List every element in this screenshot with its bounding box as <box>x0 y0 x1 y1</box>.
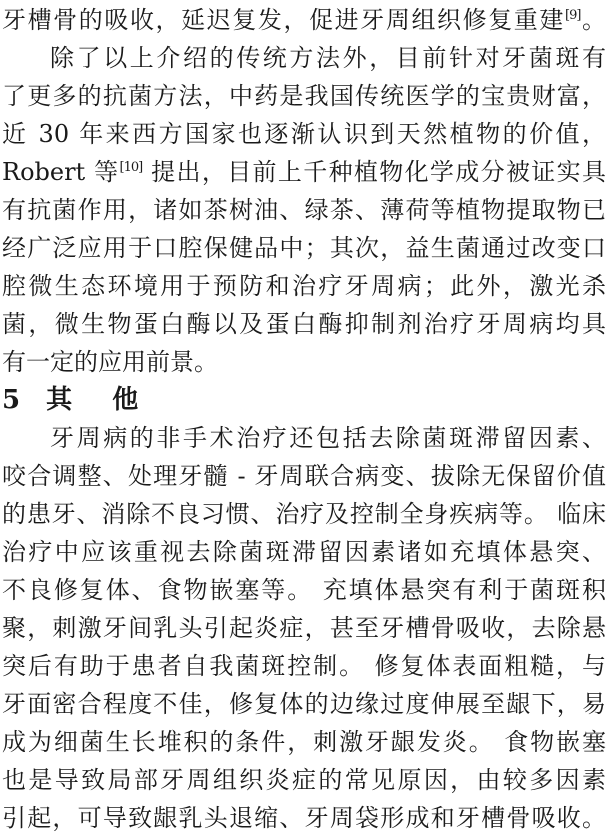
text-segment: 。 <box>580 6 606 34</box>
text-segment: 有抗菌作用，诸如茶树油、绿茶、薄荷等植物提取物已 <box>2 196 606 224</box>
text-segment: 治疗中应该重视去除菌斑滞留因素诸如充填体悬突、 <box>2 538 606 566</box>
citation-ref: [9] <box>565 8 580 23</box>
text-line: 有一定的应用前景。 <box>2 343 606 381</box>
text-line: 的患牙、消除不良习惯、治疗及控制全身疾病等。 临床 <box>2 495 606 533</box>
text-segment: 了更多的抗菌方法，中药是我国传统医学的宝贵财富， <box>2 82 606 110</box>
text-segment: 有一定的应用前景。 <box>2 348 218 376</box>
text-segment: 近 30 年来西方国家也逐渐认识到天然植物的价值， <box>2 120 606 148</box>
section-number: 5 <box>2 381 20 419</box>
text-line: 除了以上介绍的传统方法外，目前针对牙菌斑有 <box>2 39 606 77</box>
text-line: 也是导致局部牙周组织炎症的常见原因，由较多因素 <box>2 761 606 799</box>
text-line: 腔微生态环境用于预防和治疗牙周病；此外，激光杀 <box>2 267 606 305</box>
text-segment: Robert 等 <box>2 158 120 186</box>
text-segment: 突后有助于患者自我菌斑控制。 修复体表面粗糙，与 <box>2 652 606 680</box>
text-line: Robert 等[10] 提出，目前上千种植物化学成分被证实具 <box>2 153 606 191</box>
text-segment: 不良修复体、食物嵌塞等。 充填体悬突有利于菌斑积 <box>2 576 606 604</box>
body-text-block-1: 牙槽骨的吸收，延迟复发，促进牙周组织修复重建[9]。除了以上介绍的传统方法外，目… <box>2 1 606 381</box>
text-segment: 牙面密合程度不佳，修复体的边缘过度伸展至龈下，易 <box>2 690 606 718</box>
text-segment: 咬合调整、处理牙髓 - 牙周联合病变、拔除无保留价值 <box>2 462 606 490</box>
text-segment: 提出，目前上千种植物化学成分被证实具 <box>142 158 606 186</box>
text-line: 牙周病的非手术治疗还包括去除菌斑滞留因素、 <box>2 419 606 457</box>
text-line: 经广泛应用于口腔保健品中；其次，益生菌通过改变口 <box>2 229 606 267</box>
text-line: 治疗中应该重视去除菌斑滞留因素诸如充填体悬突、 <box>2 533 606 571</box>
text-line: 牙槽骨的吸收，延迟复发，促进牙周组织修复重建[9]。 <box>2 1 606 39</box>
text-segment: 也是导致局部牙周组织炎症的常见原因，由较多因素 <box>2 766 606 794</box>
text-line: 突后有助于患者自我菌斑控制。 修复体表面粗糙，与 <box>2 647 606 685</box>
text-line: 引起，可导致龈乳头退缩、牙周袋形成和牙槽骨吸收。 <box>2 799 606 836</box>
text-segment: 牙周病的非手术治疗还包括去除菌斑滞留因素、 <box>50 424 606 452</box>
section-heading: 5 其 他 <box>2 381 606 419</box>
text-segment: 成为细菌生长堆积的条件，刺激牙龈发炎。 食物嵌塞 <box>2 728 606 756</box>
paper-page: 牙槽骨的吸收，延迟复发，促进牙周组织修复重建[9]。除了以上介绍的传统方法外，目… <box>0 0 608 836</box>
text-line: 聚，刺激牙间乳头引起炎症，甚至牙槽骨吸收，去除悬 <box>2 609 606 647</box>
section-title-char-1: 其 <box>46 381 72 419</box>
body-text-block-2: 牙周病的非手术治疗还包括去除菌斑滞留因素、咬合调整、处理牙髓 - 牙周联合病变、… <box>2 419 606 836</box>
text-segment: 引起，可导致龈乳头退缩、牙周袋形成和牙槽骨吸收。 <box>2 804 606 832</box>
text-segment: 聚，刺激牙间乳头引起炎症，甚至牙槽骨吸收，去除悬 <box>2 614 606 642</box>
text-line: 不良修复体、食物嵌塞等。 充填体悬突有利于菌斑积 <box>2 571 606 609</box>
text-segment: 腔微生态环境用于预防和治疗牙周病；此外，激光杀 <box>2 272 606 300</box>
text-segment: 牙槽骨的吸收，延迟复发，促进牙周组织修复重建 <box>2 6 565 34</box>
text-line: 近 30 年来西方国家也逐渐认识到天然植物的价值， <box>2 115 606 153</box>
text-segment: 除了以上介绍的传统方法外，目前针对牙菌斑有 <box>50 44 606 72</box>
text-line: 了更多的抗菌方法，中药是我国传统医学的宝贵财富， <box>2 77 606 115</box>
text-line: 菌，微生物蛋白酶以及蛋白酶抑制剂治疗牙周病均具 <box>2 305 606 343</box>
text-line: 咬合调整、处理牙髓 - 牙周联合病变、拔除无保留价值 <box>2 457 606 495</box>
text-line: 牙面密合程度不佳，修复体的边缘过度伸展至龈下，易 <box>2 685 606 723</box>
text-line: 成为细菌生长堆积的条件，刺激牙龈发炎。 食物嵌塞 <box>2 723 606 761</box>
citation-ref: [10] <box>120 160 143 175</box>
text-segment: 菌，微生物蛋白酶以及蛋白酶抑制剂治疗牙周病均具 <box>2 310 606 338</box>
text-segment: 的患牙、消除不良习惯、治疗及控制全身疾病等。 临床 <box>2 500 606 528</box>
text-line: 有抗菌作用，诸如茶树油、绿茶、薄荷等植物提取物已 <box>2 191 606 229</box>
section-title-char-2: 他 <box>112 381 138 419</box>
text-segment: 经广泛应用于口腔保健品中；其次，益生菌通过改变口 <box>2 234 606 262</box>
